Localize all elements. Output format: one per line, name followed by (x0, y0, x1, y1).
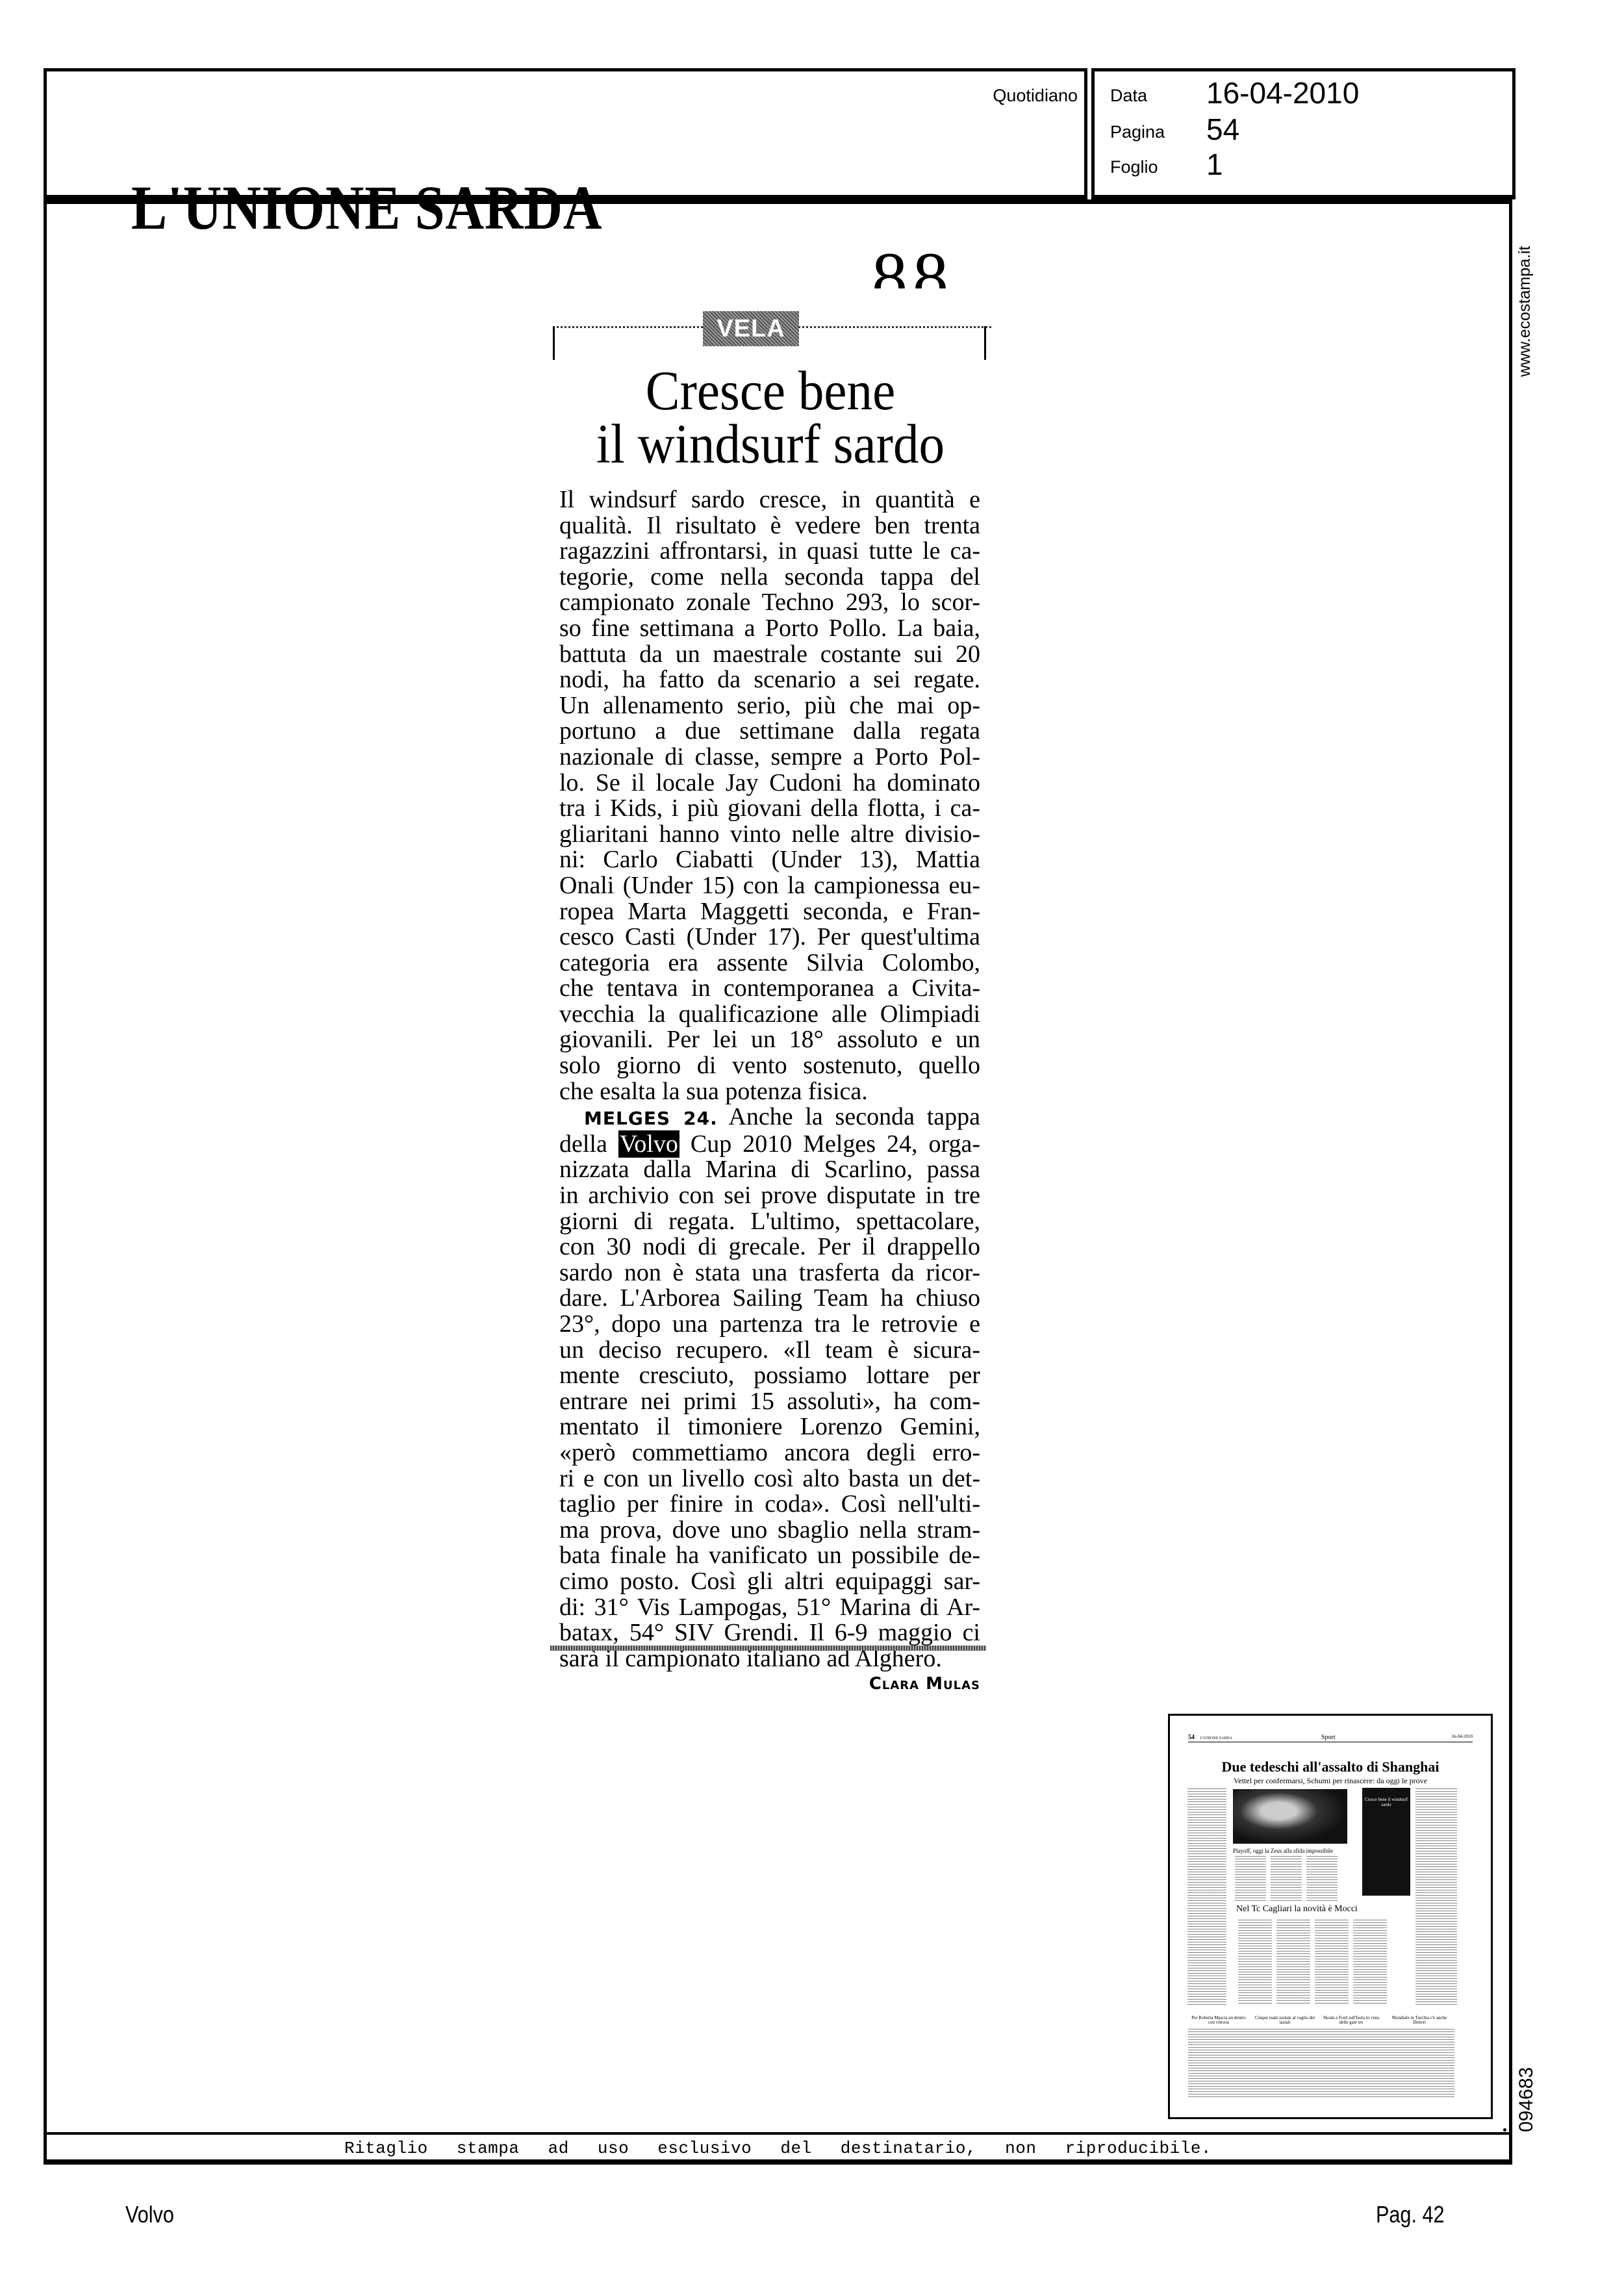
marker-dot (1503, 2128, 1506, 2131)
cutoff-glyphs: 88 (872, 242, 954, 288)
thumb-paper-name: L'UNIONE SARDA (1200, 1736, 1233, 1740)
article-end-rule (550, 1646, 986, 1651)
website-watermark: www.ecostampa.it (1516, 246, 1534, 377)
article-line: categoria era assente Silvia Colombo, (559, 950, 980, 976)
date-value: 16-04-2010 (1206, 78, 1359, 108)
article-line: ri e con un livello così alto basta un d… (559, 1466, 980, 1492)
article-line: che tentava in contemporanea a Civita- (559, 976, 980, 1002)
kicker-bracket-right (984, 326, 986, 360)
thumb-page-number: 54 (1188, 1734, 1195, 1741)
thumb-photo (1233, 1789, 1347, 1844)
thumb-column (1271, 1856, 1302, 1902)
article-line: «però commettiamo ancora degli erro- (559, 1440, 980, 1466)
article-line: ni: Carlo Ciabatti (Under 13), Mattia (559, 847, 980, 873)
thumb-story-title: Playoff, oggi la Zeus alla sfida impossi… (1233, 1848, 1333, 1854)
kicker-bracket-left (553, 326, 555, 360)
sheet-value: 1 (1206, 149, 1223, 179)
page-number: Pag. 42 (1376, 2201, 1444, 2228)
article-line: mentato il timoniere Lorenzo Gemini, (559, 1414, 980, 1440)
thumb-mini-title: Cresce bene il windsurf sardo (1365, 1797, 1408, 1807)
thumb-column (1276, 1920, 1310, 2004)
page-thumbnail: 54 L'UNIONE SARDA Sport 16-04-2010 Due t… (1168, 1714, 1493, 2119)
article-line: ragazzini affrontarsi, in quasi tutte le… (559, 539, 980, 565)
article-line: taglio per finire in coda». Così nell'ul… (559, 1492, 980, 1518)
thumb-section: Sport (1321, 1734, 1336, 1741)
thumb-column (1187, 1788, 1226, 2006)
article-line: gliaritani hanno vinto nelle altre divis… (559, 822, 980, 848)
thumb-date: 16-04-2010 (1451, 1734, 1473, 1739)
article-line: nazionale di classe, sempre a Porto Pol- (559, 744, 980, 770)
text-run: Anche la seconda tappa (718, 1103, 980, 1130)
article-line: qualità. Il risultato è vedere ben trent… (559, 513, 980, 539)
article-line: battuta da un maestrale costante sui 20 (559, 642, 980, 668)
headline-line-1: Cresce bene (570, 364, 971, 417)
thumb-bottom-story: Cinque team isolani al vaglio dei lazial… (1254, 2016, 1315, 2025)
article-line: 23°, dopo una partenza tra le retrovie e (559, 1312, 980, 1338)
keyword-highlight: Volvo (618, 1130, 679, 1158)
disclaimer-text: Ritaglio stampa ad uso esclusivo del des… (44, 2139, 1512, 2158)
metadata-box: Data 16-04-2010 Pagina 54 Foglio 1 (1091, 68, 1516, 199)
article-line: Il windsurf sardo cresce, in quantità e (559, 487, 980, 513)
thumb-column (1415, 1788, 1457, 2006)
article-line: nizzata dalla Marina di Scarlino, passa (559, 1157, 980, 1183)
article-line: campionato zonale Techno 293, lo scor- (559, 590, 980, 616)
publication-type: Quotidiano (993, 86, 1078, 106)
thumb-story-title: Nel Tc Cagliari la novità è Mocci (1236, 1904, 1358, 1914)
article-line: Onali (Under 15) con la campionessa eu- (559, 873, 980, 899)
article-line: ropea Marta Maggetti seconda, e Fran- (559, 899, 980, 925)
paragraph-2: nizzata dalla Marina di Scarlino, passai… (559, 1157, 980, 1672)
article-headline: Cresce bene il windsurf sardo (570, 364, 971, 470)
article-line: che esalta la sua potenza fisica. (559, 1079, 980, 1105)
paragraph-2-first-line: MELGES 24. Anche la seconda tappa (559, 1104, 980, 1132)
footer-divider (44, 2132, 1512, 2135)
paragraph-1: Il windsurf sardo cresce, in quantità eq… (559, 487, 980, 1104)
article-line: cimo posto. Così gli altri equipaggi sar… (559, 1569, 980, 1595)
article-line: portuno a due settimane dalla regata (559, 719, 980, 744)
article-line: ma prova, dove uno sbaglio nella stram- (559, 1518, 980, 1544)
sheet-label: Foglio (1110, 157, 1158, 177)
article-body: Il windsurf sardo cresce, in quantità eq… (559, 487, 980, 1698)
article-line: giovanili. Per lei un 18° assoluto e un (559, 1027, 980, 1053)
thumb-bottom-story: Per Roberta Mascia un dentro con vittori… (1188, 2016, 1249, 2025)
article-line: Un allenamento serio, più che mai op- (559, 693, 980, 719)
section-kicker: VELA (703, 311, 799, 346)
headline-line-2: il windsurf sardo (570, 417, 971, 470)
article-line: tra i Kids, i più giovani della flotta, … (559, 796, 980, 822)
article-line: con 30 nodi di grecale. Per il drappello (559, 1234, 980, 1260)
search-keyword: Volvo (125, 2201, 174, 2228)
article-line: di: 31° Vis Lampogas, 51° Marina di Ar- (559, 1595, 980, 1621)
page-value: 54 (1206, 114, 1239, 144)
article-line: vecchia la qualificazione alle Olimpiadi (559, 1002, 980, 1028)
thumb-column (1315, 1920, 1349, 2004)
thumb-bottom-story: Skoda e Ford sull'Isola in vista delle g… (1321, 2016, 1382, 2025)
thumb-topbar: 54 L'UNIONE SARDA Sport 16-04-2010 (1188, 1734, 1473, 1742)
article-line: bata finale ha vanificato un possibile d… (559, 1543, 980, 1569)
article-line: lo. Se il locale Jay Cudoni ha dominato (559, 770, 980, 796)
date-label: Data (1110, 86, 1147, 106)
thumb-column (1235, 1856, 1266, 1902)
thumb-bottom-story: Mondiale in Turchia c'è anche Dettori (1387, 2016, 1452, 2025)
thumb-highlighted-article: Cresce bene il windsurf sardo (1362, 1788, 1410, 1896)
article-line: cesco Casti (Under 17). Per quest'ultima (559, 924, 980, 950)
article-line: batax, 54° SIV Grendi. Il 6-9 maggio ci (559, 1620, 980, 1646)
masthead-box: L'UNIONE SARDA Quotidiano (44, 68, 1087, 199)
thumb-headline: Due tedeschi all'assalto di Shanghai (1183, 1760, 1478, 1774)
thumb-column (1306, 1856, 1338, 1902)
article-line: tegorie, come nella seconda tappa del (559, 565, 980, 591)
article-line: so fine settimana a Porto Pollo. La baia… (559, 616, 980, 642)
clipping-code: 094683 (1516, 2067, 1538, 2132)
thumb-column (1238, 1920, 1272, 2004)
article-line: dare. L'Arborea Sailing Team ha chiuso (559, 1286, 980, 1312)
article-line: solo giorno di vento sostenuto, quello (559, 1053, 980, 1079)
article-line: in archivio con sei prove disputate in t… (559, 1183, 980, 1209)
subhead: MELGES 24. (584, 1108, 718, 1129)
thumb-column (1188, 2029, 1454, 2097)
article-line: entrare nei primi 15 assoluti», ha com- (559, 1389, 980, 1415)
thumb-subheadline: Vettel per confermarsi, Schumi per rinas… (1183, 1776, 1478, 1786)
thumb-column (1353, 1920, 1387, 2004)
article-line: nodi, ha fatto da scenario a sei regate. (559, 667, 980, 693)
article-byline: Clara Mulas (559, 1672, 980, 1698)
text-run: Cup 2010 Melges 24, orga- (679, 1130, 980, 1158)
text-run: della (559, 1130, 618, 1158)
article-line: giorni di regata. L'ultimo, spettacolare… (559, 1209, 980, 1235)
article-line: sardo non è stata una trasferta da ricor… (559, 1260, 980, 1286)
article-line: un deciso recupero. «Il team è sicura- (559, 1338, 980, 1364)
paragraph-2-second-line: della Volvo Cup 2010 Melges 24, orga- (559, 1132, 980, 1158)
article-line: mente cresciuto, possiamo lottare per (559, 1363, 980, 1389)
page-label: Pagina (1110, 122, 1165, 142)
